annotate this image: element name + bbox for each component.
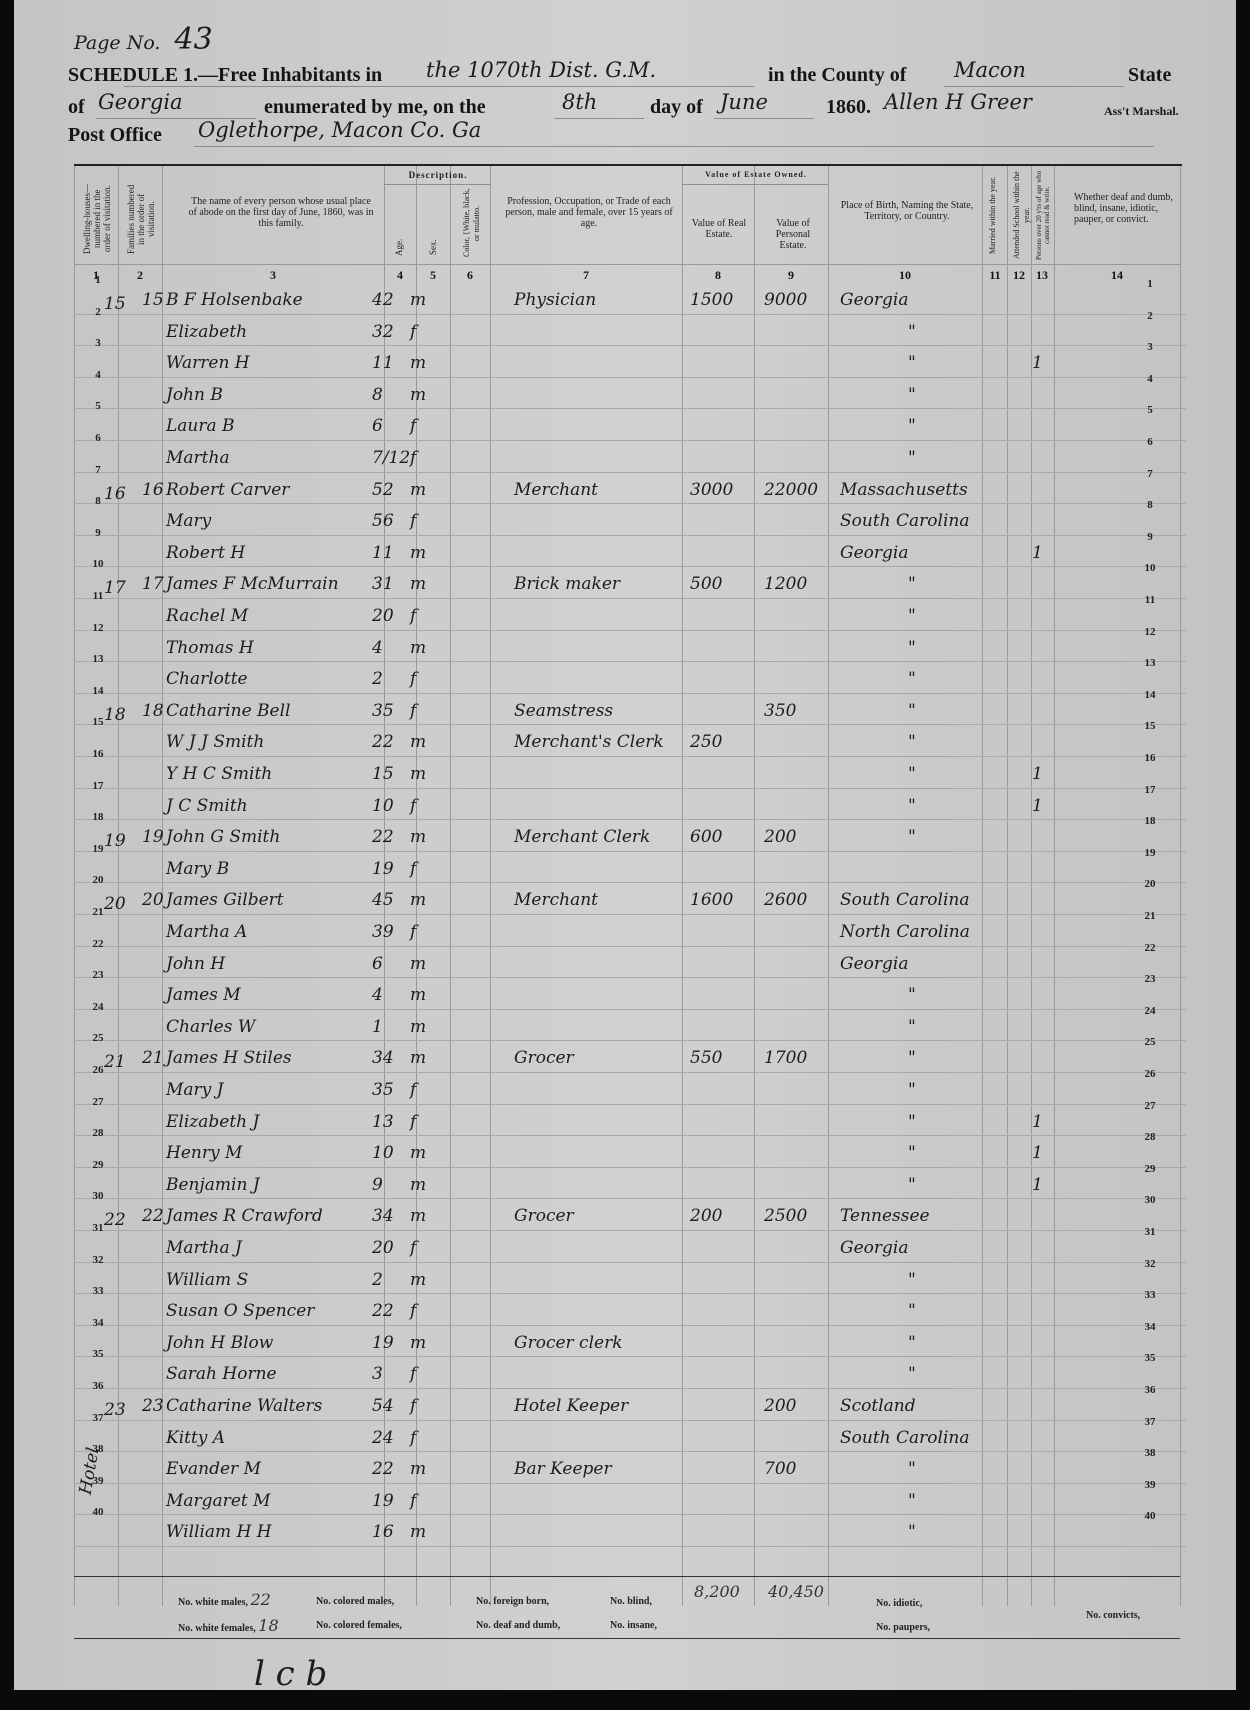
birthplace: South Carolina bbox=[840, 890, 969, 910]
person-name: John B bbox=[166, 385, 223, 405]
birthplace: Georgia bbox=[840, 1238, 908, 1258]
row-number-right: 24 bbox=[1138, 1005, 1162, 1017]
personal-estate-value: 350 bbox=[764, 701, 796, 721]
person-name: Martha bbox=[166, 448, 230, 468]
header-dwelling: Dwelling-houses—numbered in the order of… bbox=[82, 180, 112, 258]
table-row: 1313Charlotte2f" bbox=[74, 661, 1186, 694]
colnum-13: 13 bbox=[1027, 268, 1057, 283]
post-office-label: Post Office bbox=[68, 124, 162, 147]
sex: m bbox=[410, 1048, 426, 1068]
state-value: Georgia bbox=[98, 90, 183, 114]
row-number-right: 7 bbox=[1138, 468, 1162, 480]
person-name: Elizabeth bbox=[166, 322, 247, 342]
sex: m bbox=[410, 1143, 426, 1163]
row-number-right: 23 bbox=[1138, 973, 1162, 985]
birthplace: " bbox=[908, 448, 916, 468]
row-number-right: 18 bbox=[1138, 815, 1162, 827]
row-number-right: 40 bbox=[1138, 1510, 1162, 1522]
table-row: 3535Sarah Horne3f" bbox=[74, 1356, 1186, 1389]
row-number: 29 bbox=[86, 1159, 110, 1171]
header-school: Attended School within the year. bbox=[1012, 170, 1032, 260]
birthplace: Georgia bbox=[840, 954, 908, 974]
row-number: 35 bbox=[86, 1348, 110, 1360]
row-number-right: 12 bbox=[1138, 626, 1162, 638]
table-row: 2929Benjamin J9m"1 bbox=[74, 1167, 1186, 1200]
birthplace: " bbox=[908, 827, 916, 847]
row-number: 13 bbox=[86, 653, 110, 665]
row-number-right: 1 bbox=[1138, 278, 1162, 290]
birthplace: Massachusetts bbox=[840, 480, 968, 500]
occupation: Grocer bbox=[514, 1206, 574, 1226]
sex: f bbox=[410, 922, 416, 942]
person-name: J C Smith bbox=[166, 796, 248, 816]
row-number-right: 19 bbox=[1138, 847, 1162, 859]
age: 1 bbox=[372, 1017, 383, 1037]
age: 16 bbox=[372, 1522, 394, 1542]
row-number: 24 bbox=[86, 1001, 110, 1013]
table-row: 25252121James H Stiles34mGrocer5501700" bbox=[74, 1040, 1186, 1073]
header-name: The name of every person whose usual pla… bbox=[186, 196, 376, 229]
birthplace: " bbox=[908, 1175, 916, 1195]
person-name: Warren H bbox=[166, 353, 250, 373]
age: 20 bbox=[372, 606, 394, 626]
person-name: John H bbox=[166, 954, 225, 974]
family-number: 19 bbox=[142, 827, 164, 847]
age: 56 bbox=[372, 511, 394, 531]
person-name: Henry M bbox=[166, 1143, 242, 1163]
occupation: Hotel Keeper bbox=[514, 1396, 628, 1416]
row-number: 20 bbox=[86, 874, 110, 886]
age: 35 bbox=[372, 1080, 394, 1100]
birthplace: " bbox=[908, 732, 916, 752]
occupation: Bar Keeper bbox=[514, 1459, 612, 1479]
row-number: 10 bbox=[86, 558, 110, 570]
sex: m bbox=[410, 480, 426, 500]
real-estate-value: 1600 bbox=[690, 890, 733, 910]
post-office-value: Oglethorpe, Macon Co. Ga bbox=[198, 118, 481, 142]
white-males: No. white males, 22 bbox=[178, 1590, 271, 1609]
row-number: 15 bbox=[86, 716, 110, 728]
sex: f bbox=[410, 859, 416, 879]
row-number-right: 4 bbox=[1138, 373, 1162, 385]
age: 24 bbox=[372, 1428, 394, 1448]
occupation: Seamstress bbox=[514, 701, 613, 721]
table-row: 36362323Catharine Walters54fHotel Keeper… bbox=[74, 1388, 1186, 1421]
marshal-name: Allen H Greer bbox=[884, 90, 1032, 114]
row-number-right: 6 bbox=[1138, 436, 1162, 448]
attended-school: 1 bbox=[1032, 764, 1043, 784]
table-row: 55Laura B6f" bbox=[74, 408, 1186, 441]
colnum-6: 6 bbox=[455, 268, 485, 283]
person-name: Charlotte bbox=[166, 669, 248, 689]
sex: f bbox=[410, 606, 416, 626]
row-number-right: 33 bbox=[1138, 1289, 1162, 1301]
sex: m bbox=[410, 890, 426, 910]
header-family: Families numbered in the order of visita… bbox=[126, 180, 156, 258]
person-name: John G Smith bbox=[166, 827, 280, 847]
colnum-2: 2 bbox=[125, 268, 155, 283]
table-row: 2323James M4m" bbox=[74, 977, 1186, 1010]
row-number-right: 22 bbox=[1138, 942, 1162, 954]
occupation: Brick maker bbox=[514, 574, 620, 594]
idiotic-label: No. idiotic, bbox=[876, 1598, 922, 1609]
person-name: Catharine Walters bbox=[166, 1396, 322, 1416]
birthplace: Georgia bbox=[840, 290, 908, 310]
row-number: 7 bbox=[86, 464, 110, 476]
birthplace: " bbox=[908, 985, 916, 1005]
attended-school: 1 bbox=[1032, 543, 1043, 563]
birthplace: " bbox=[908, 574, 916, 594]
sex: f bbox=[410, 1396, 416, 1416]
family-number: 21 bbox=[142, 1048, 164, 1068]
person-name: Susan O Spencer bbox=[166, 1301, 314, 1321]
birthplace: " bbox=[908, 1080, 916, 1100]
family-number: 20 bbox=[142, 890, 164, 910]
person-name: Thomas H bbox=[166, 638, 254, 658]
sex: m bbox=[410, 353, 426, 373]
age: 10 bbox=[372, 1143, 394, 1163]
sex: f bbox=[410, 416, 416, 436]
header-age: Age. bbox=[394, 236, 404, 258]
white-females: No. white females, 18 bbox=[178, 1616, 279, 1635]
total-real-estate: 8,200 bbox=[694, 1582, 740, 1601]
age: 34 bbox=[372, 1206, 394, 1226]
table-row: 99Robert H11mGeorgia1 bbox=[74, 535, 1186, 568]
row-number: 5 bbox=[86, 400, 110, 412]
sex: m bbox=[410, 764, 426, 784]
person-name: Margaret M bbox=[166, 1491, 271, 1511]
of-label: of bbox=[68, 96, 85, 119]
table-row: 2121Martha A39fNorth Carolina bbox=[74, 914, 1186, 947]
row-number: 37 bbox=[86, 1412, 110, 1424]
occupation: Physician bbox=[514, 290, 596, 310]
age: 8 bbox=[372, 385, 383, 405]
personal-estate-value: 200 bbox=[764, 1396, 796, 1416]
real-estate-value: 600 bbox=[690, 827, 722, 847]
sex: f bbox=[410, 511, 416, 531]
age: 39 bbox=[372, 922, 394, 942]
row-number-right: 38 bbox=[1138, 1447, 1162, 1459]
header-estate-group: Value of Estate Owned. bbox=[684, 170, 828, 179]
age: 10 bbox=[372, 796, 394, 816]
age: 2 bbox=[372, 1270, 383, 1290]
personal-estate-value: 2500 bbox=[764, 1206, 807, 1226]
table-row: 2828Henry M10m"1 bbox=[74, 1135, 1186, 1168]
person-name: Benjamin J bbox=[166, 1175, 260, 1195]
age: 35 bbox=[372, 701, 394, 721]
birthplace: " bbox=[908, 416, 916, 436]
row-number-right: 2 bbox=[1138, 310, 1162, 322]
age: 22 bbox=[372, 732, 394, 752]
state-label: State bbox=[1128, 64, 1171, 87]
header-illiterate: Persons over 20 y'rs of age who cannot r… bbox=[1035, 170, 1051, 260]
table-row: 4040William H H16m" bbox=[74, 1514, 1186, 1547]
row-number-right: 15 bbox=[1138, 720, 1162, 732]
age: 34 bbox=[372, 1048, 394, 1068]
colnum-10: 10 bbox=[890, 268, 920, 283]
birthplace: Georgia bbox=[840, 543, 908, 563]
person-name: Kitty A bbox=[166, 1428, 225, 1448]
header-disability: Whether deaf and dumb, blind, insane, id… bbox=[1074, 192, 1174, 225]
sex: m bbox=[410, 732, 426, 752]
sex: m bbox=[410, 1206, 426, 1226]
table-row: 3131Martha J20fGeorgia bbox=[74, 1230, 1186, 1263]
birthplace: " bbox=[908, 1491, 916, 1511]
table-row: 44John B8m" bbox=[74, 377, 1186, 410]
insane-label: No. insane, bbox=[610, 1620, 657, 1631]
real-estate-value: 550 bbox=[690, 1048, 722, 1068]
row-number: 22 bbox=[86, 938, 110, 950]
person-name: Charles W bbox=[166, 1017, 255, 1037]
age: 4 bbox=[372, 985, 383, 1005]
row-number: 26 bbox=[86, 1064, 110, 1076]
table-top-rule bbox=[74, 164, 1182, 166]
person-name: Robert Carver bbox=[166, 480, 289, 500]
family-number: 16 bbox=[142, 480, 164, 500]
row-number-right: 13 bbox=[1138, 657, 1162, 669]
sex: f bbox=[410, 1491, 416, 1511]
header-real-estate: Value of Real Estate. bbox=[688, 218, 750, 240]
schedule-label: SCHEDULE 1.—Free Inhabitants in bbox=[68, 64, 382, 86]
age: 9 bbox=[372, 1175, 383, 1195]
row-number: 39 bbox=[86, 1475, 110, 1487]
row-number-right: 17 bbox=[1138, 784, 1162, 796]
table-row: 18181919John G Smith22mMerchant Clerk600… bbox=[74, 819, 1186, 852]
person-name: Mary B bbox=[166, 859, 229, 879]
county-label: in the County of bbox=[768, 64, 906, 87]
birthplace: Tennessee bbox=[840, 1206, 930, 1226]
row-number-right: 35 bbox=[1138, 1352, 1162, 1364]
table-row: 30302222James R Crawford34mGrocer2002500… bbox=[74, 1198, 1186, 1231]
sex: m bbox=[410, 1522, 426, 1542]
birthplace: South Carolina bbox=[840, 511, 969, 531]
table-row: 1717J C Smith10f"1 bbox=[74, 788, 1186, 821]
birthplace: " bbox=[908, 764, 916, 784]
row-number: 25 bbox=[86, 1032, 110, 1044]
person-name: Elizabeth J bbox=[166, 1112, 259, 1132]
row-number-right: 29 bbox=[1138, 1163, 1162, 1175]
occupation: Merchant Clerk bbox=[514, 827, 650, 847]
row-number-right: 32 bbox=[1138, 1258, 1162, 1270]
personal-estate-value: 200 bbox=[764, 827, 796, 847]
header-personal-estate: Value of Personal Estate. bbox=[762, 218, 824, 251]
row-number: 3 bbox=[86, 337, 110, 349]
row-number: 23 bbox=[86, 969, 110, 981]
row-number: 28 bbox=[86, 1127, 110, 1139]
colnum-9: 9 bbox=[776, 268, 806, 283]
table-row: 1515W J J Smith22mMerchant's Clerk250" bbox=[74, 724, 1186, 757]
row-number-right: 16 bbox=[1138, 752, 1162, 764]
sex: f bbox=[410, 1238, 416, 1258]
blind-label: No. blind, bbox=[610, 1596, 652, 1607]
attended-school: 1 bbox=[1032, 1175, 1043, 1195]
attended-school: 1 bbox=[1032, 796, 1043, 816]
table-row: 3939Margaret M19f" bbox=[74, 1483, 1186, 1516]
row-number: 32 bbox=[86, 1254, 110, 1266]
sex: f bbox=[410, 1301, 416, 1321]
family-number: 22 bbox=[142, 1206, 164, 1226]
sex: f bbox=[410, 1364, 416, 1384]
header-birthplace: Place of Birth, Naming the State, Territ… bbox=[840, 200, 974, 222]
table-row: 33Warren H11m"1 bbox=[74, 345, 1186, 378]
table-row: 3838HotelEvander M22mBar Keeper700" bbox=[74, 1451, 1186, 1484]
row-number-right: 20 bbox=[1138, 878, 1162, 890]
day-of-label: day of bbox=[650, 96, 703, 119]
row-number-right: 27 bbox=[1138, 1100, 1162, 1112]
row-number: 30 bbox=[86, 1190, 110, 1202]
age: 54 bbox=[372, 1396, 394, 1416]
sex: m bbox=[410, 1333, 426, 1353]
age: 11 bbox=[372, 543, 394, 563]
total-personal-estate: 40,450 bbox=[768, 1582, 824, 1601]
row-number-right: 11 bbox=[1138, 594, 1162, 606]
row-number: 31 bbox=[86, 1222, 110, 1234]
birthplace: " bbox=[908, 1459, 916, 1479]
personal-estate-value: 1200 bbox=[764, 574, 807, 594]
personal-estate-value: 2600 bbox=[764, 890, 807, 910]
sex: f bbox=[410, 669, 416, 689]
sex: f bbox=[410, 701, 416, 721]
county-value: Macon bbox=[954, 58, 1026, 82]
age: 7/12 bbox=[372, 448, 410, 468]
row-number: 36 bbox=[86, 1380, 110, 1392]
census-page: Page No. 43 SCHEDULE 1.—Free Inhabitants… bbox=[14, 0, 1236, 1690]
day-value: 8th bbox=[562, 90, 597, 114]
sex: f bbox=[410, 796, 416, 816]
sex: m bbox=[410, 638, 426, 658]
row-number-right: 39 bbox=[1138, 1479, 1162, 1491]
row-number-right: 3 bbox=[1138, 341, 1162, 353]
table-row: 3232William S2m" bbox=[74, 1262, 1186, 1295]
birthplace: " bbox=[908, 1364, 916, 1384]
page-label: Page No. bbox=[74, 32, 160, 54]
month-value: June bbox=[720, 90, 768, 114]
age: 31 bbox=[372, 574, 394, 594]
row-number-right: 14 bbox=[1138, 689, 1162, 701]
table-row: 1616Y H C Smith15m"1 bbox=[74, 756, 1186, 789]
sex: f bbox=[410, 1080, 416, 1100]
birthplace: " bbox=[908, 1301, 916, 1321]
age: 19 bbox=[372, 859, 394, 879]
row-number: 1 bbox=[86, 274, 110, 286]
personal-estate-value: 9000 bbox=[764, 290, 807, 310]
person-name: Sarah Horne bbox=[166, 1364, 277, 1384]
enumerated-label: enumerated by me, on the bbox=[264, 96, 486, 119]
birthplace: " bbox=[908, 796, 916, 816]
table-row: 10101717James F McMurrain31mBrick maker5… bbox=[74, 566, 1186, 599]
person-name: B F Holsenbake bbox=[166, 290, 303, 310]
row-number-right: 21 bbox=[1138, 910, 1162, 922]
age: 19 bbox=[372, 1333, 394, 1353]
header-sex: Sex. bbox=[428, 236, 438, 258]
birthplace: " bbox=[908, 353, 916, 373]
row-number: 40 bbox=[86, 1506, 110, 1518]
row-number: 27 bbox=[86, 1096, 110, 1108]
table-row: 88Mary56fSouth Carolina bbox=[74, 503, 1186, 536]
table-row: 3737Kitty A24fSouth Carolina bbox=[74, 1420, 1186, 1453]
sex: m bbox=[410, 290, 426, 310]
white-males-value: 22 bbox=[251, 1590, 271, 1609]
row-number: 14 bbox=[86, 685, 110, 697]
table-row: 1111Rachel M20f" bbox=[74, 598, 1186, 631]
colnum-14: 14 bbox=[1102, 268, 1132, 283]
sex: m bbox=[410, 985, 426, 1005]
sex: m bbox=[410, 1270, 426, 1290]
page-number-value: 43 bbox=[175, 22, 213, 57]
person-name: James Gilbert bbox=[166, 890, 284, 910]
personal-estate-value: 700 bbox=[764, 1459, 796, 1479]
sex: m bbox=[410, 1459, 426, 1479]
colnum-7: 7 bbox=[571, 268, 601, 283]
row-number-right: 31 bbox=[1138, 1226, 1162, 1238]
sex: m bbox=[410, 543, 426, 563]
row-number: 21 bbox=[86, 906, 110, 918]
person-name: W J J Smith bbox=[166, 732, 264, 752]
paupers-label: No. paupers, bbox=[876, 1622, 930, 1633]
personal-estate-value: 1700 bbox=[764, 1048, 807, 1068]
person-name: James R Crawford bbox=[166, 1206, 323, 1226]
real-estate-value: 250 bbox=[690, 732, 722, 752]
birthplace: South Carolina bbox=[840, 1428, 969, 1448]
age: 20 bbox=[372, 1238, 394, 1258]
table-row: 1212Thomas H4m" bbox=[74, 630, 1186, 663]
birthplace: " bbox=[908, 385, 916, 405]
colnum-5: 5 bbox=[418, 268, 448, 283]
person-name: James F McMurrain bbox=[166, 574, 339, 594]
row-number-right: 25 bbox=[1138, 1036, 1162, 1048]
person-name: Robert H bbox=[166, 543, 245, 563]
table-row: 2424Charles W1m" bbox=[74, 1009, 1186, 1042]
person-name: Mary J bbox=[166, 1080, 224, 1100]
header-married: Married within the year. bbox=[988, 170, 998, 260]
person-name: Mary bbox=[166, 511, 211, 531]
row-number: 2 bbox=[86, 306, 110, 318]
row-number: 4 bbox=[86, 369, 110, 381]
birthplace: " bbox=[908, 322, 916, 342]
table-row: 22Elizabeth32f" bbox=[74, 314, 1186, 347]
occupation: Merchant bbox=[514, 480, 598, 500]
personal-estate-value: 22000 bbox=[764, 480, 818, 500]
person-name: Rachel M bbox=[166, 606, 248, 626]
district-value: the 1070th Dist. G.M. bbox=[426, 58, 656, 82]
sex: m bbox=[410, 1017, 426, 1037]
birthplace: " bbox=[908, 669, 916, 689]
birthplace: " bbox=[908, 1112, 916, 1132]
birthplace: " bbox=[908, 1333, 916, 1353]
age: 2 bbox=[372, 669, 383, 689]
table-row: 1919Mary B19f bbox=[74, 851, 1186, 884]
table-row: 20202020James Gilbert45mMerchant16002600… bbox=[74, 882, 1186, 915]
occupation: Merchant bbox=[514, 890, 598, 910]
colnum-3: 3 bbox=[258, 268, 288, 283]
row-number: 33 bbox=[86, 1285, 110, 1297]
age: 6 bbox=[372, 416, 383, 436]
attended-school: 1 bbox=[1032, 1112, 1043, 1132]
row-number-right: 9 bbox=[1138, 531, 1162, 543]
row-number: 34 bbox=[86, 1317, 110, 1329]
row-number: 11 bbox=[86, 590, 110, 602]
table-row: 66Martha7/12f" bbox=[74, 440, 1186, 473]
colored-males-label: No. colored males, bbox=[316, 1596, 394, 1607]
row-number: 8 bbox=[86, 495, 110, 507]
row-number-right: 10 bbox=[1138, 562, 1162, 574]
row-number-right: 8 bbox=[1138, 499, 1162, 511]
row-number-right: 30 bbox=[1138, 1194, 1162, 1206]
sex: m bbox=[410, 574, 426, 594]
row-number: 9 bbox=[86, 527, 110, 539]
birthplace: Scotland bbox=[840, 1396, 916, 1416]
family-number: 17 bbox=[142, 574, 164, 594]
